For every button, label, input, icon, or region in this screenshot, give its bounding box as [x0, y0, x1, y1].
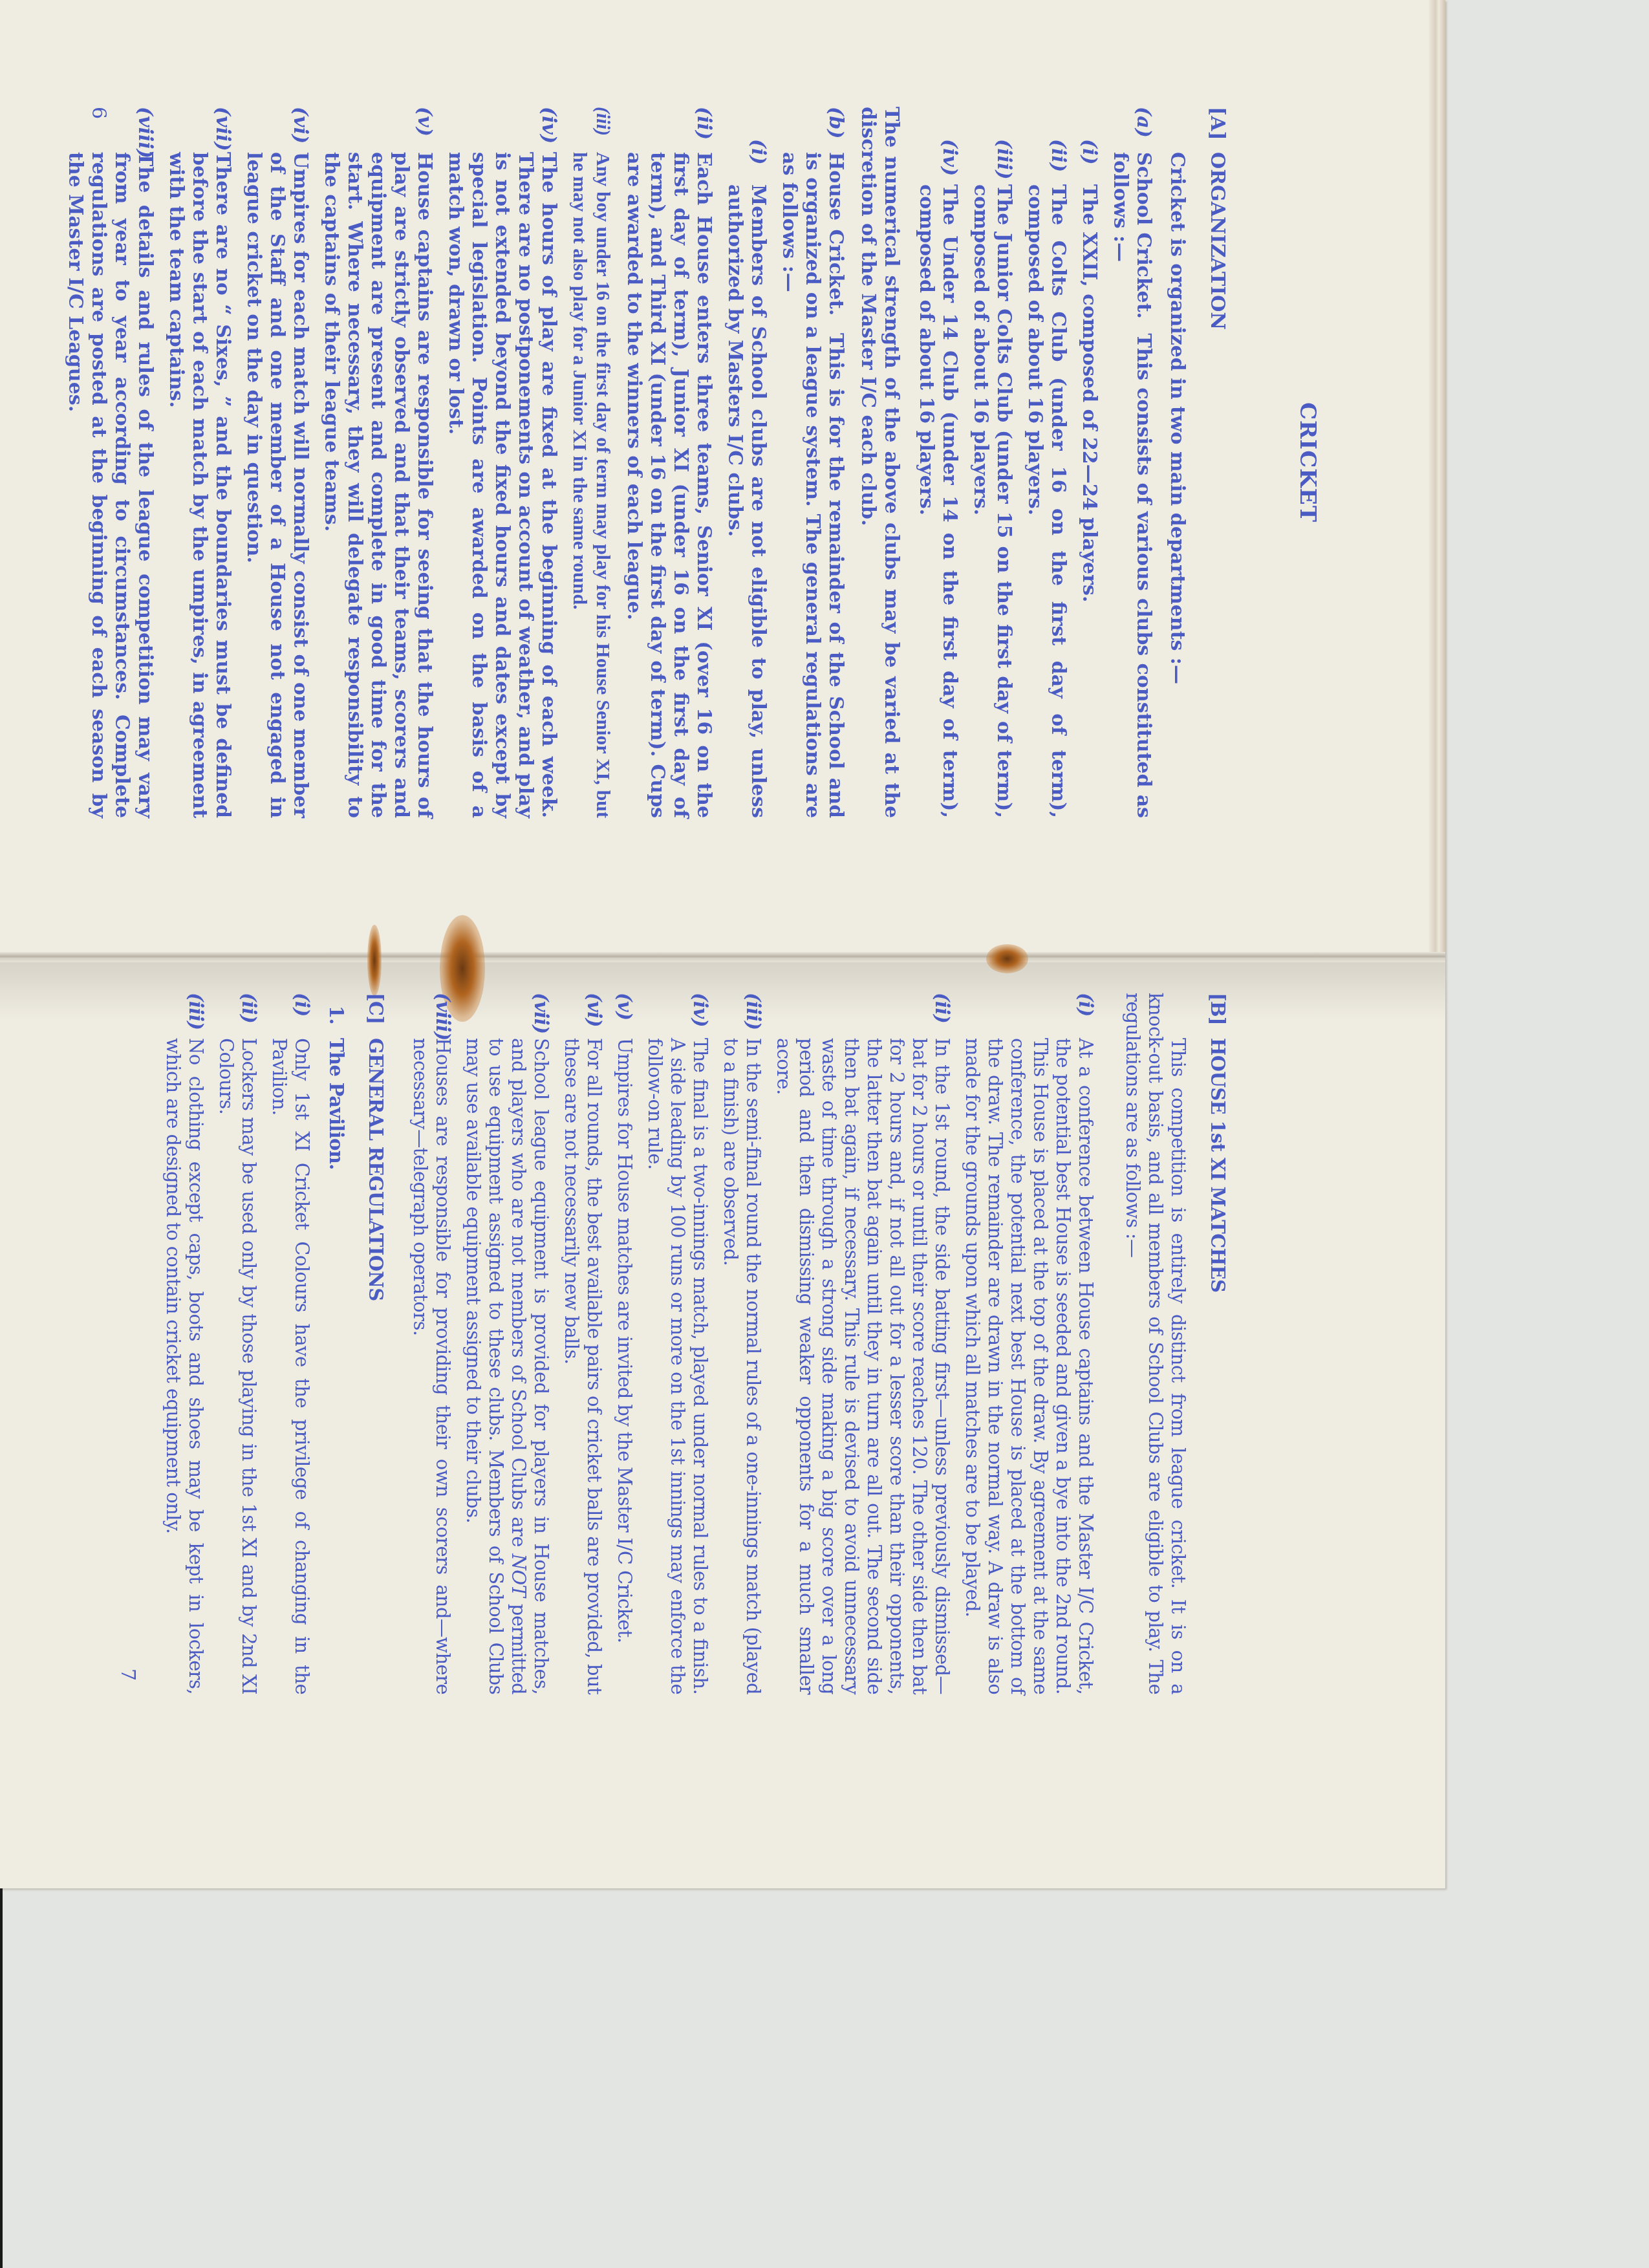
page-6: CRICKET [A]ORGANIZATION Cricket is organ… [0, 0, 1445, 957]
section-letter: [C] [364, 993, 387, 1038]
item-marker: (vii) [211, 107, 234, 151]
list-item: (i)At a conference between House captain… [961, 993, 1097, 1694]
list-item: (iii)In the semi-final round the normal … [719, 993, 764, 1694]
item-marker: (iv) [537, 107, 560, 144]
item-marker: (iv) [938, 139, 961, 176]
item-marker: (iv) [689, 993, 711, 1027]
subsection-title: The Pavilion. [325, 1038, 347, 1170]
item-marker: (i) [1077, 139, 1101, 165]
item-marker: (viii) [133, 107, 156, 158]
list-item: (iii)No clothing except caps, boots and … [162, 993, 207, 1694]
section-letter: [A] [1205, 107, 1229, 152]
item-marker: (b) [824, 107, 847, 138]
subsection-number: 1. [325, 1006, 347, 1038]
item-marker: (iii) [992, 139, 1015, 180]
spacer [1097, 993, 1111, 1694]
item-marker: (ii) [237, 993, 260, 1023]
item-marker: (ii) [1046, 139, 1070, 172]
item-text: Members of School clubs are not eligible… [724, 184, 770, 818]
item-text: The Under 14 Club (under 14 on the first… [915, 184, 961, 818]
page-number: 7 [116, 1669, 139, 1681]
list-item: (vii)School league equipment is provided… [462, 993, 552, 1694]
list-item: (i)Members of School clubs are not eligi… [723, 107, 770, 818]
section-c-heading: [C]GENERAL REGULATIONS [364, 993, 387, 1694]
list-item: (vi)For all rounds, the best available p… [560, 993, 605, 1694]
list-item: (iii)Any boy under 16 on the first day o… [568, 107, 614, 818]
section-intro: This competition is entirely distinct fr… [1121, 993, 1189, 1694]
item-text: The hours of play are fixed at the begin… [444, 152, 560, 818]
list-item: (ii)In the 1st round, the side batting f… [772, 993, 953, 1694]
item-text: In the 1st round, the side batting first… [773, 1038, 953, 1694]
list-item: (vi)Umpires for each match will normally… [242, 107, 312, 818]
list-item: (viii)The details and rules of the leagu… [63, 107, 156, 818]
list-item: (ii)Lockers may be used only by those pl… [215, 993, 260, 1694]
item-marker: (iii) [742, 993, 764, 1030]
list-item: (iv)The final is a two-innings match, pl… [643, 993, 711, 1694]
list-item: (vii)There are no “ Sixes, ” and the bou… [164, 107, 234, 818]
list-item: (iv)The Under 14 Club (under 14 on the f… [914, 107, 961, 818]
list-item: (v)House captains are responsible for se… [319, 107, 436, 818]
item-text: The Junior Colts Club (under 15 on the f… [969, 184, 1015, 818]
item-marker: (vii) [530, 993, 552, 1033]
item-text: Umpires for each match will normally con… [242, 152, 312, 818]
item-marker: (vi) [288, 107, 312, 144]
page-7: [B]HOUSE 1st XI MATCHES This competition… [0, 957, 1445, 1888]
item-marker: (iii) [184, 993, 207, 1030]
list-item: (iv)The hours of play are fixed at the b… [444, 107, 560, 818]
section-title: GENERAL REGULATIONS [365, 1038, 387, 1301]
item-text: The details and rules of the league comp… [64, 152, 156, 818]
item-marker: (i) [290, 993, 313, 1017]
item-text: The XXII, composed of 22—24 players. [1078, 184, 1101, 602]
item-marker: (vi) [583, 993, 605, 1027]
item-text: Umpires for House matches are invited by… [614, 1038, 636, 1643]
item-text: For all rounds, the best available pairs… [561, 1038, 605, 1694]
section-a-heading: [A]ORGANIZATION [1205, 107, 1229, 818]
item-text: House captains are responsible for seein… [320, 152, 436, 818]
page-7-body: [B]HOUSE 1st XI MATCHES This competition… [154, 993, 1229, 1694]
item-marker: (i) [746, 139, 770, 165]
item-marker: (ii) [692, 107, 715, 140]
item-marker: (v) [613, 993, 636, 1021]
list-item: (ii)The Colts Club (under 16 on the firs… [1023, 107, 1070, 818]
item-text: Only 1st XI Cricket Colours have the pri… [268, 1038, 313, 1694]
item-marker: (ii) [931, 993, 953, 1023]
school-cricket-item: (a) School Cricket. This consists of var… [1108, 107, 1155, 818]
item-text: Each House enters three teams, Senior XI… [623, 152, 715, 818]
item-text: The Colts Club (under 16 on the first da… [1024, 184, 1070, 818]
page-number: 6 [87, 107, 110, 119]
item-marker: (i) [1074, 993, 1097, 1017]
item-text: In the semi-final round the normal rules… [720, 1038, 764, 1694]
subsection-heading: 1.The Pavilion. [325, 993, 347, 1694]
list-item: (i)Only 1st XI Cricket Colours have the … [268, 993, 313, 1694]
item-title: School Cricket. [1132, 152, 1155, 319]
spacer [387, 993, 401, 1694]
section-letter: [B] [1206, 993, 1229, 1038]
item-text: There are no “ Sixes, ” and the boundari… [165, 152, 234, 818]
item-text: Lockers may be used only by those playin… [215, 1038, 260, 1694]
item-marker: (viii) [431, 993, 454, 1041]
list-item: (ii)Each House enters three teams, Senio… [622, 107, 715, 818]
item-text: No clothing except caps, boots and shoes… [162, 1038, 207, 1694]
house-cricket-item: (b) House Cricket. This is for the remai… [777, 107, 847, 818]
list-item: (i)The XXII, composed of 22—24 players. [1077, 107, 1101, 818]
list-item: (viii)Houses are responsible for providi… [409, 993, 454, 1694]
scanner-bed-edge [0, 1888, 3, 2268]
emphasis-text: NOT [508, 1554, 530, 1597]
item-marker: (v) [413, 107, 436, 136]
section-title: HOUSE 1st XI MATCHES [1207, 1038, 1229, 1292]
item-marker: (a) [1132, 107, 1155, 138]
clubs-note: The numerical strength of the above club… [856, 107, 903, 818]
item-title: House Cricket. [824, 152, 847, 316]
section-intro: Cricket is organized in two main departm… [1165, 107, 1189, 818]
list-item: (iii)The Junior Colts Club (under 15 on … [969, 107, 1015, 818]
item-marker: (iii) [591, 107, 614, 136]
item-text: Any boy under 16 on the first day of ter… [569, 152, 614, 818]
page-6-body: [A]ORGANIZATION Cricket is organized in … [56, 107, 1229, 818]
page-title: CRICKET [1296, 107, 1319, 818]
item-text: At a conference between House captains a… [962, 1038, 1097, 1694]
list-item: (v)Umpires for House matches are invited… [613, 993, 636, 1694]
section-title: ORGANIZATION [1206, 152, 1229, 330]
item-text: Houses are responsible for providing the… [409, 1038, 454, 1694]
item-text: The final is a two-innings match, played… [644, 1038, 711, 1694]
section-b-heading: [B]HOUSE 1st XI MATCHES [1206, 993, 1229, 1694]
